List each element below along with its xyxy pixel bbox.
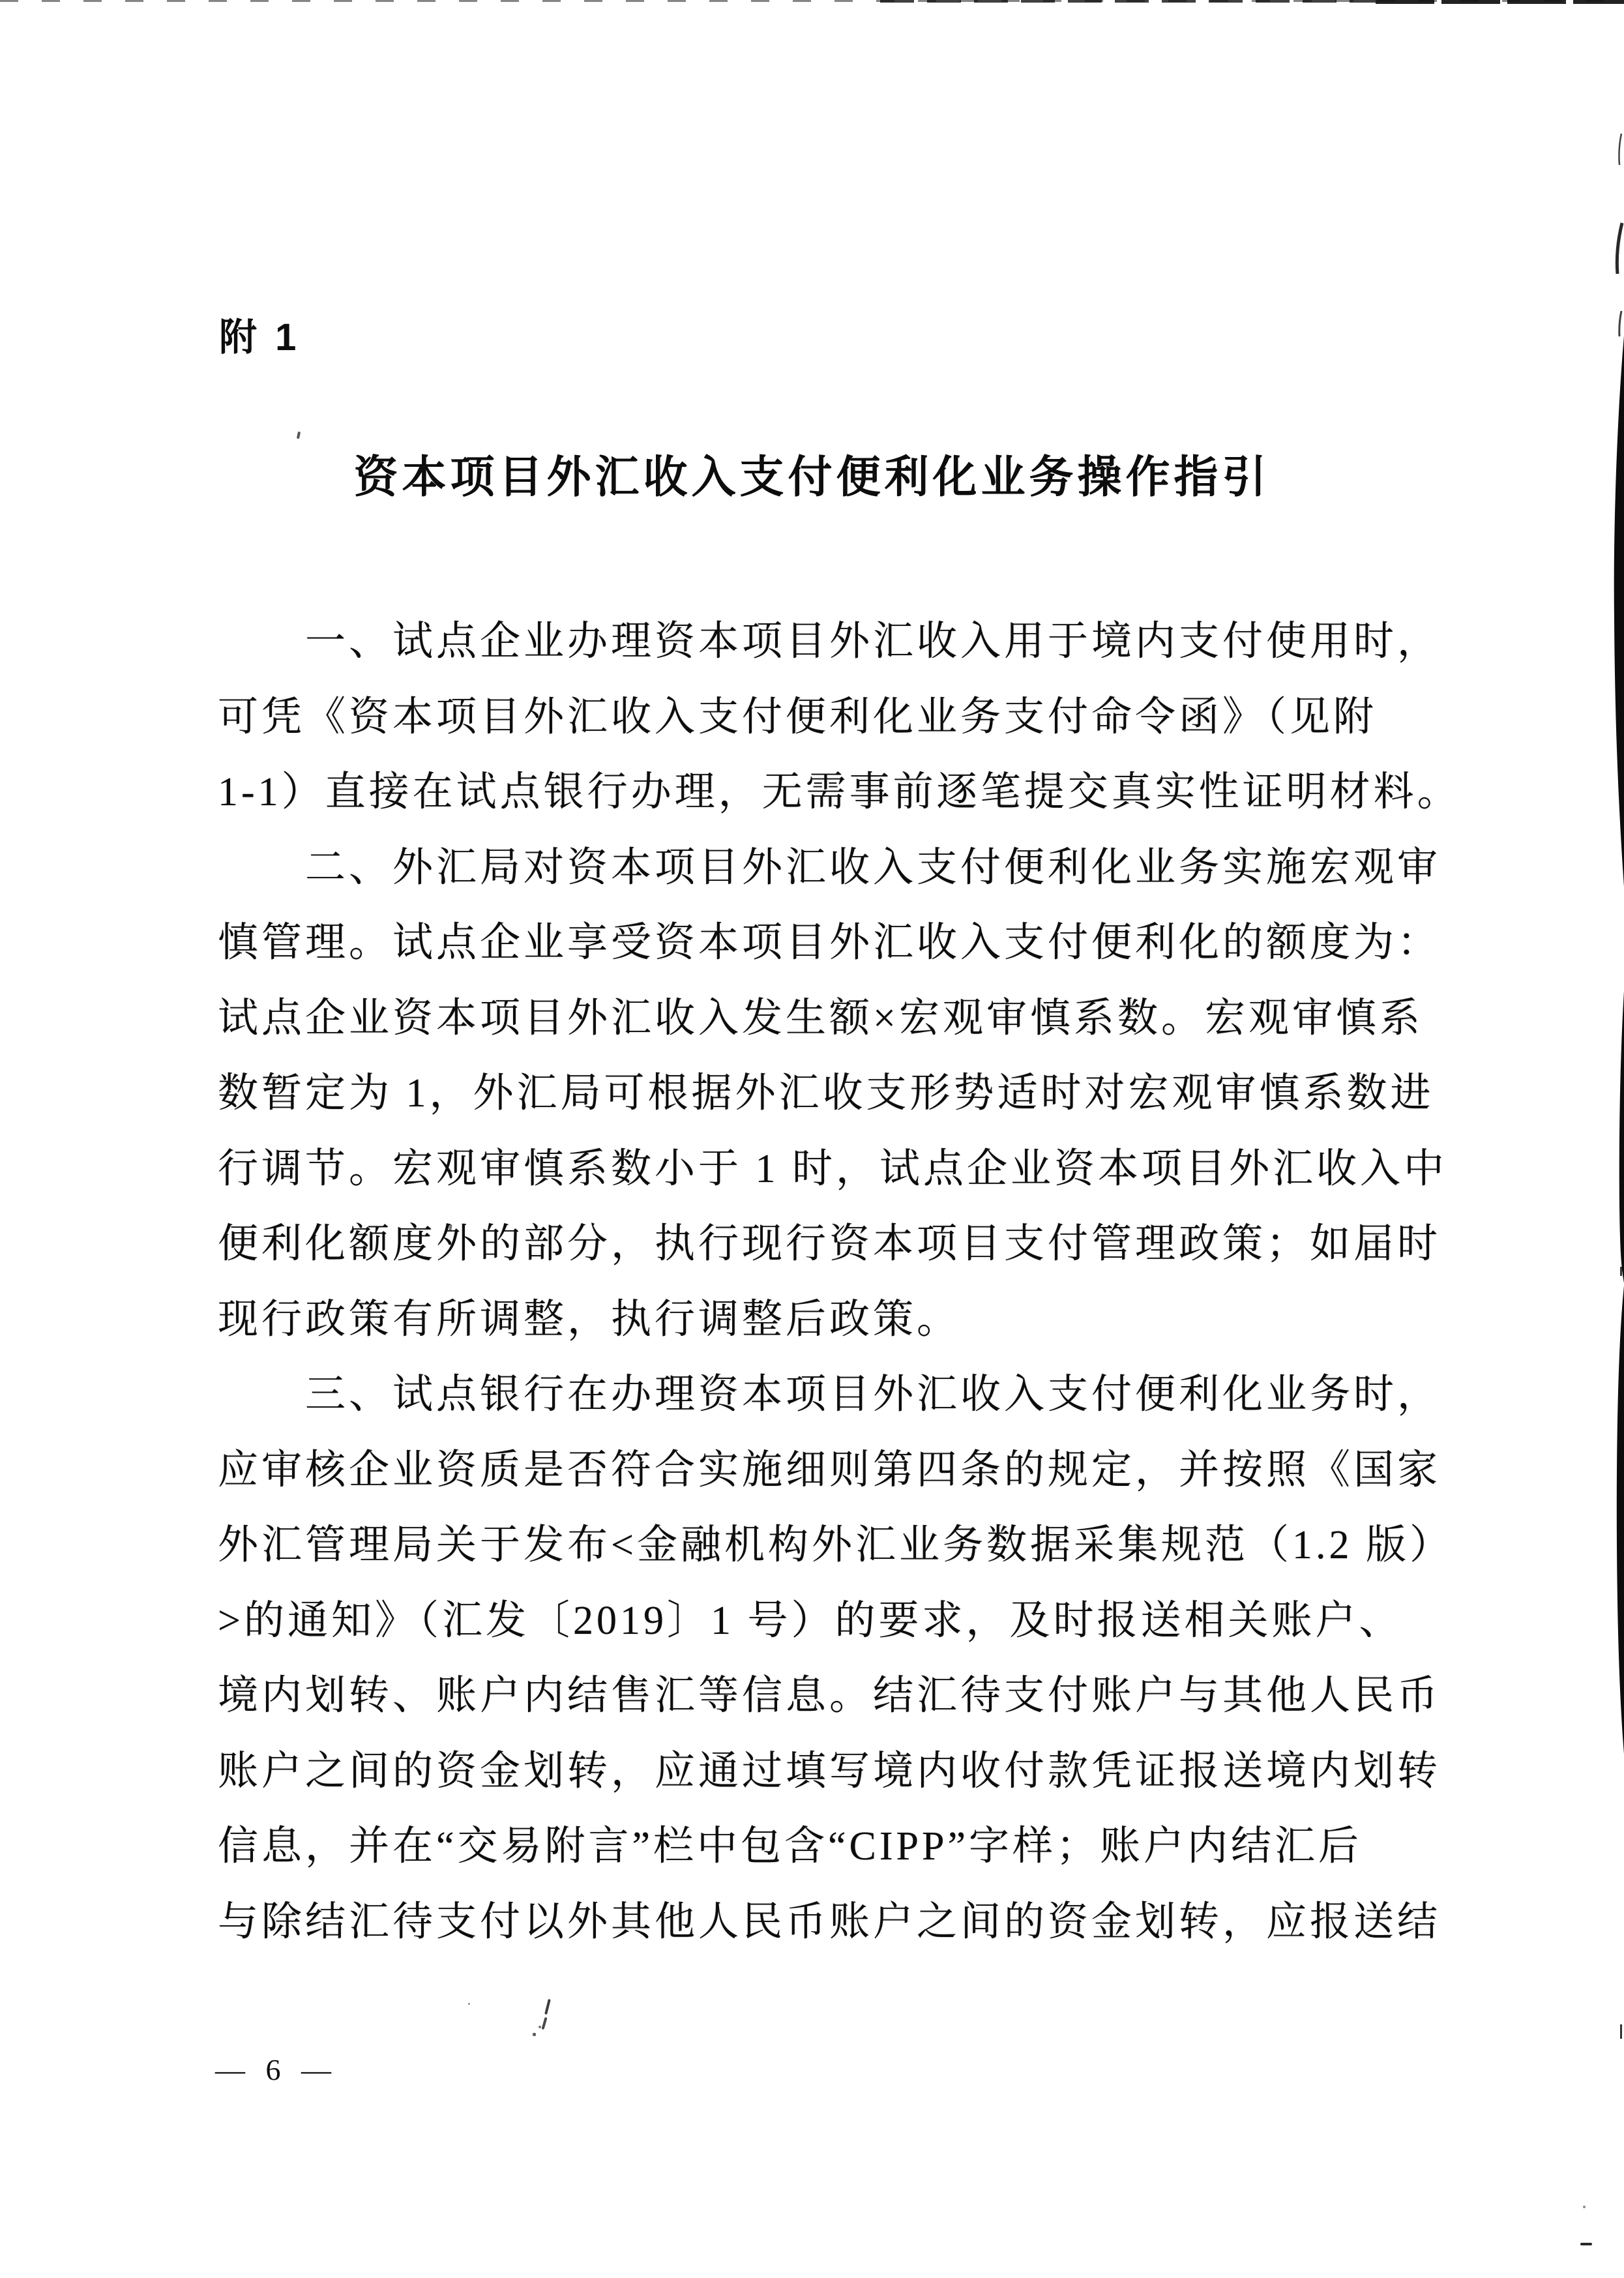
text-line: 信息，并在“交易附言”栏中包含“CIPP”字样；账户内结汇后 (218, 1809, 1453, 1885)
attachment-label: 附 1 (219, 306, 300, 361)
scan-artifact-top-edge (1376, 0, 1624, 4)
text-line: 三、试点银行在办理资本项目外汇收入支付便利化业务时， (218, 1357, 1453, 1433)
text-line: 账户之间的资金划转，应通过填写境内收付款凭证报送境内划转 (218, 1734, 1453, 1810)
scan-speck (468, 2003, 470, 2005)
text-line: 境内划转、账户内结售汇等信息。结汇待支付账户与其他人民币 (218, 1659, 1453, 1734)
text-line: 外汇管理局关于发布<金融机构外汇业务数据采集规范（1.2 版） (218, 1508, 1453, 1584)
scan-speck (533, 2033, 536, 2036)
scan-speck (541, 2017, 547, 2030)
page-number: — 6 — (215, 2052, 338, 2087)
scan-artifact-right-edge (1607, 0, 1624, 2278)
text-line: 试点企业资本项目外汇收入发生额×宏观审慎系数。宏观审慎系 (218, 981, 1453, 1057)
text-line: 应审核企业资质是否符合实施细则第四条的规定，并按照《国家 (218, 1433, 1453, 1509)
text-line: 便利化额度外的部分，执行现行资本项目支付管理政策；如届时 (218, 1207, 1453, 1282)
text-line: 可凭《资本项目外汇收入支付便利化业务支付命令函》（见附 (218, 680, 1453, 756)
text-line: 现行政策有所调整，执行调整后政策。 (218, 1282, 1453, 1358)
scan-speck (297, 432, 301, 439)
scan-artifact-top-edge (880, 0, 1376, 3)
text-line: 慎管理。试点企业享受资本项目外汇收入支付便利化的额度为： (218, 906, 1453, 981)
scan-speck (1583, 2206, 1586, 2208)
text-line: 1-1）直接在试点银行办理，无需事前逐笔提交真实性证明材料。 (218, 755, 1453, 831)
text-line: 一、试点企业办理资本项目外汇收入用于境内支付使用时， (218, 604, 1453, 680)
text-line: 二、外汇局对资本项目外汇收入支付便利化业务实施宏观审 (218, 831, 1453, 906)
scanned-document-page: 附 1 资本项目外汇收入支付便利化业务操作指引 一、试点企业办理资本项目外汇收入… (0, 0, 1624, 2278)
scan-speck (544, 1999, 551, 2015)
text-line: 行调节。宏观审慎系数小于 1 时，试点企业资本项目外汇收入中 (218, 1132, 1453, 1207)
text-line: 数暂定为 1，外汇局可根据外汇收支形势适时对宏观审慎系数进 (218, 1056, 1453, 1132)
text-line: 与除结汇待支付以外其他人民币账户之间的资金划转，应报送结 (218, 1885, 1453, 1960)
text-line: >的通知》（汇发〔2019〕1 号）的要求，及时报送相关账户、 (218, 1584, 1453, 1659)
scan-speck (539, 2026, 541, 2028)
scan-artifact-bottom-dash (1580, 2243, 1592, 2245)
document-title: 资本项目外汇收入支付便利化业务操作指引 (0, 442, 1624, 505)
document-body: 一、试点企业办理资本项目外汇收入用于境内支付使用时， 可凭《资本项目外汇收入支付… (218, 604, 1453, 1960)
